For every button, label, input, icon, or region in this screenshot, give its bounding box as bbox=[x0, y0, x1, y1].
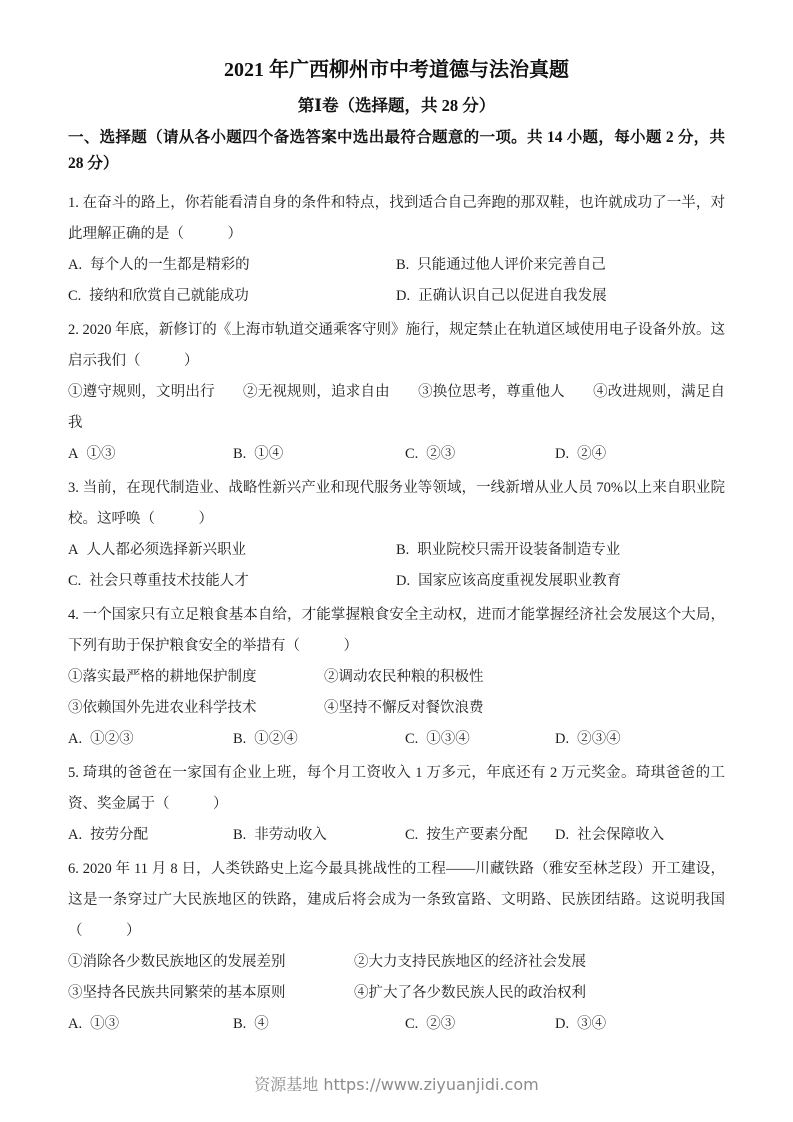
option-label: A. bbox=[68, 827, 82, 843]
options-row: A.①③ B.④ C.②③ D.③④ bbox=[68, 1009, 725, 1040]
option-label: C. bbox=[405, 446, 418, 462]
sub-option-3: ③依赖国外先进农业科学技术 bbox=[68, 693, 324, 724]
option-d: D.国家应该高度重视发展职业教育 bbox=[396, 566, 725, 597]
option-a: A.按劳分配 bbox=[68, 820, 233, 851]
option-label: A. bbox=[68, 731, 82, 747]
option-text: 国家应该高度重视发展职业教育 bbox=[418, 573, 621, 589]
sub-option-4: ④扩大了各少数民族人民的政治权利 bbox=[354, 978, 725, 1009]
sub-option-3: ③坚持各民族共同繁荣的基本原则 bbox=[68, 978, 354, 1009]
option-text: 非劳动收入 bbox=[254, 827, 327, 843]
sub-option-2: ②无视规则，追求自由 bbox=[243, 384, 390, 400]
option-text: ②③ bbox=[426, 446, 455, 462]
options-row: A①③ B.①④ C.②③ D.②④ bbox=[68, 439, 725, 470]
option-text: ①④ bbox=[254, 446, 283, 462]
option-d: D.正确认识自己以促进自我发展 bbox=[396, 281, 725, 312]
question-stem: 5. 琦琪的爸爸在一家国有企业上班，每个月工资收入 1 万多元，年底还有 2 万… bbox=[68, 758, 725, 820]
option-a: A.①③ bbox=[68, 1009, 233, 1040]
sub-option-2: ②大力支持民族地区的经济社会发展 bbox=[354, 947, 725, 978]
option-b: B.④ bbox=[233, 1009, 405, 1040]
option-c: C.①③④ bbox=[405, 724, 555, 755]
option-a: A.①②③ bbox=[68, 724, 233, 755]
option-c: C.接纳和欣赏自己就能成功 bbox=[68, 281, 396, 312]
option-d: D.②③④ bbox=[555, 724, 725, 755]
option-text: 按生产要素分配 bbox=[426, 827, 528, 843]
option-label: B. bbox=[233, 731, 246, 747]
option-text: 社会保障收入 bbox=[577, 827, 664, 843]
option-label: C. bbox=[405, 827, 418, 843]
sub-option-1: ①落实最严格的耕地保护制度 bbox=[68, 662, 324, 693]
option-b: B.非劳动收入 bbox=[233, 820, 405, 851]
sub-options: ①落实最严格的耕地保护制度 ②调动农民种粮的积极性 ③依赖国外先进农业科学技术 … bbox=[68, 662, 725, 724]
option-b: B.①②④ bbox=[233, 724, 405, 755]
question-stem: 1. 在奋斗的路上，你若能看清自身的条件和特点，找到适合自己奔跑的那双鞋，也许就… bbox=[68, 188, 725, 250]
option-text: ①③ bbox=[86, 446, 115, 462]
question-4: 4. 一个国家只有立足粮食基本自给，才能掌握粮食安全主动权，进而才能掌握经济社会… bbox=[68, 600, 725, 755]
option-text: ①③④ bbox=[426, 731, 470, 747]
option-c: C.社会只尊重技术技能人才 bbox=[68, 566, 396, 597]
option-text: 正确认识自己以促进自我发展 bbox=[418, 288, 607, 304]
option-text: ①③ bbox=[90, 1016, 119, 1032]
option-label: D. bbox=[555, 731, 569, 747]
option-label: B. bbox=[233, 1016, 246, 1032]
option-text: 按劳分配 bbox=[90, 827, 148, 843]
footer: 资源基地 https://www.ziyuanjidi.com bbox=[0, 1074, 793, 1096]
question-stem: 3. 当前，在现代制造业、战略性新兴产业和现代服务业等领域，一线新增从业人员 7… bbox=[68, 473, 725, 535]
exam-page: 2021 年广西柳州市中考道德与法治真题 第Ⅰ卷（选择题，共 28 分） 一、选… bbox=[0, 0, 793, 1122]
option-text: 每个人的一生都是精彩的 bbox=[90, 257, 250, 273]
options-grid: A.每个人的一生都是精彩的 B.只能通过他人评价来完善自己 C.接纳和欣赏自己就… bbox=[68, 250, 725, 312]
sub-options: ①消除各少数民族地区的发展差别 ②大力支持民族地区的经济社会发展 ③坚持各民族共… bbox=[68, 947, 725, 1009]
option-d: D.②④ bbox=[555, 439, 725, 470]
question-5: 5. 琦琪的爸爸在一家国有企业上班，每个月工资收入 1 万多元，年底还有 2 万… bbox=[68, 758, 725, 851]
option-a: A①③ bbox=[68, 439, 233, 470]
question-2: 2. 2020 年底，新修订的《上海市轨道交通乘客守则》施行，规定禁止在轨道区域… bbox=[68, 315, 725, 470]
option-a: A人人都必须选择新兴职业 bbox=[68, 535, 396, 566]
question-1: 1. 在奋斗的路上，你若能看清自身的条件和特点，找到适合自己奔跑的那双鞋，也许就… bbox=[68, 188, 725, 312]
option-d: D.社会保障收入 bbox=[555, 820, 725, 851]
question-stem: 6. 2020 年 11 月 8 日，人类铁路史上迄今最具挑战性的工程——川藏铁… bbox=[68, 854, 725, 947]
option-text: ③④ bbox=[577, 1016, 606, 1032]
option-label: B. bbox=[396, 542, 409, 558]
option-a: A.每个人的一生都是精彩的 bbox=[68, 250, 396, 281]
option-text: 社会只尊重技术技能人才 bbox=[89, 573, 249, 589]
option-text: ①②③ bbox=[90, 731, 134, 747]
options-grid: A人人都必须选择新兴职业 B.职业院校只需开设装备制造专业 C.社会只尊重技术技… bbox=[68, 535, 725, 597]
option-b: B.①④ bbox=[233, 439, 405, 470]
option-text: ②④ bbox=[577, 446, 606, 462]
option-label: D. bbox=[396, 573, 410, 589]
option-text: 只能通过他人评价来完善自己 bbox=[417, 257, 606, 273]
footer-site-link[interactable]: 资源基地 https://www.ziyuanjidi.com bbox=[254, 1075, 538, 1094]
question-stem: 2. 2020 年底，新修订的《上海市轨道交通乘客守则》施行，规定禁止在轨道区域… bbox=[68, 315, 725, 377]
question-stem: 4. 一个国家只有立足粮食基本自给，才能掌握粮食安全主动权，进而才能掌握经济社会… bbox=[68, 600, 725, 662]
option-label: D. bbox=[396, 288, 410, 304]
option-b: B.只能通过他人评价来完善自己 bbox=[396, 250, 725, 281]
option-label: D. bbox=[555, 1016, 569, 1032]
option-text: 人人都必须选择新兴职业 bbox=[86, 542, 246, 558]
option-label: B. bbox=[396, 257, 409, 273]
option-text: 职业院校只需开设装备制造专业 bbox=[417, 542, 620, 558]
option-text: ②③④ bbox=[577, 731, 621, 747]
option-label: C. bbox=[68, 288, 81, 304]
page-title: 2021 年广西柳州市中考道德与法治真题 bbox=[68, 56, 725, 84]
option-c: C.按生产要素分配 bbox=[405, 820, 555, 851]
option-d: D.③④ bbox=[555, 1009, 725, 1040]
option-label: D. bbox=[555, 446, 569, 462]
option-c: C.②③ bbox=[405, 1009, 555, 1040]
sub-option-1: ①消除各少数民族地区的发展差别 bbox=[68, 947, 354, 978]
option-b: B.职业院校只需开设装备制造专业 bbox=[396, 535, 725, 566]
option-label: A. bbox=[68, 1016, 82, 1032]
option-text: 接纳和欣赏自己就能成功 bbox=[89, 288, 249, 304]
option-label: C. bbox=[68, 573, 81, 589]
sub-option-1: ①遵守规则，文明出行 bbox=[68, 384, 215, 400]
option-label: C. bbox=[405, 1016, 418, 1032]
sub-options: ①遵守规则，文明出行②无视规则，追求自由③换位思考，尊重他人④改进规则，满足自我 bbox=[68, 377, 725, 439]
options-row: A.按劳分配 B.非劳动收入 C.按生产要素分配 D.社会保障收入 bbox=[68, 820, 725, 851]
option-label: A bbox=[68, 542, 78, 558]
question-6: 6. 2020 年 11 月 8 日，人类铁路史上迄今最具挑战性的工程——川藏铁… bbox=[68, 854, 725, 1040]
sub-option-3: ③换位思考，尊重他人 bbox=[418, 384, 565, 400]
option-label: A. bbox=[68, 257, 82, 273]
option-label: B. bbox=[233, 827, 246, 843]
options-row: A.①②③ B.①②④ C.①③④ D.②③④ bbox=[68, 724, 725, 755]
option-text: ④ bbox=[254, 1016, 269, 1032]
sub-option-4: ④坚持不懈反对餐饮浪费 bbox=[324, 693, 725, 724]
question-3: 3. 当前，在现代制造业、战略性新兴产业和现代服务业等领域，一线新增从业人员 7… bbox=[68, 473, 725, 597]
option-label: B. bbox=[233, 446, 246, 462]
sub-option-2: ②调动农民种粮的积极性 bbox=[324, 662, 725, 693]
option-label: A bbox=[68, 446, 78, 462]
section-heading: 一、选择题（请从各小题四个备选答案中选出最符合题意的一项。共 14 小题，每小题… bbox=[68, 125, 725, 177]
option-label: C. bbox=[405, 731, 418, 747]
volume-subtitle: 第Ⅰ卷（选择题，共 28 分） bbox=[68, 94, 725, 118]
option-text: ①②④ bbox=[254, 731, 298, 747]
option-label: D. bbox=[555, 827, 569, 843]
option-text: ②③ bbox=[426, 1016, 455, 1032]
option-c: C.②③ bbox=[405, 439, 555, 470]
